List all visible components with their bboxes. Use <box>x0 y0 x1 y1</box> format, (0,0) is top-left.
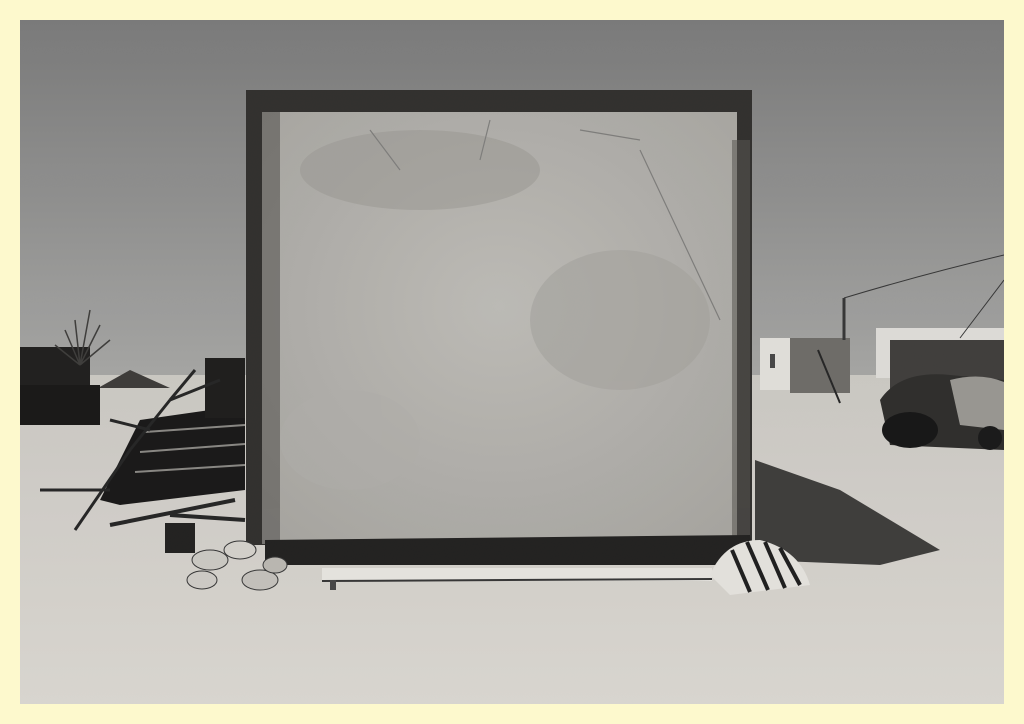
photo-scene <box>20 20 1004 704</box>
film-grain <box>20 20 1004 704</box>
photograph <box>20 20 1004 704</box>
